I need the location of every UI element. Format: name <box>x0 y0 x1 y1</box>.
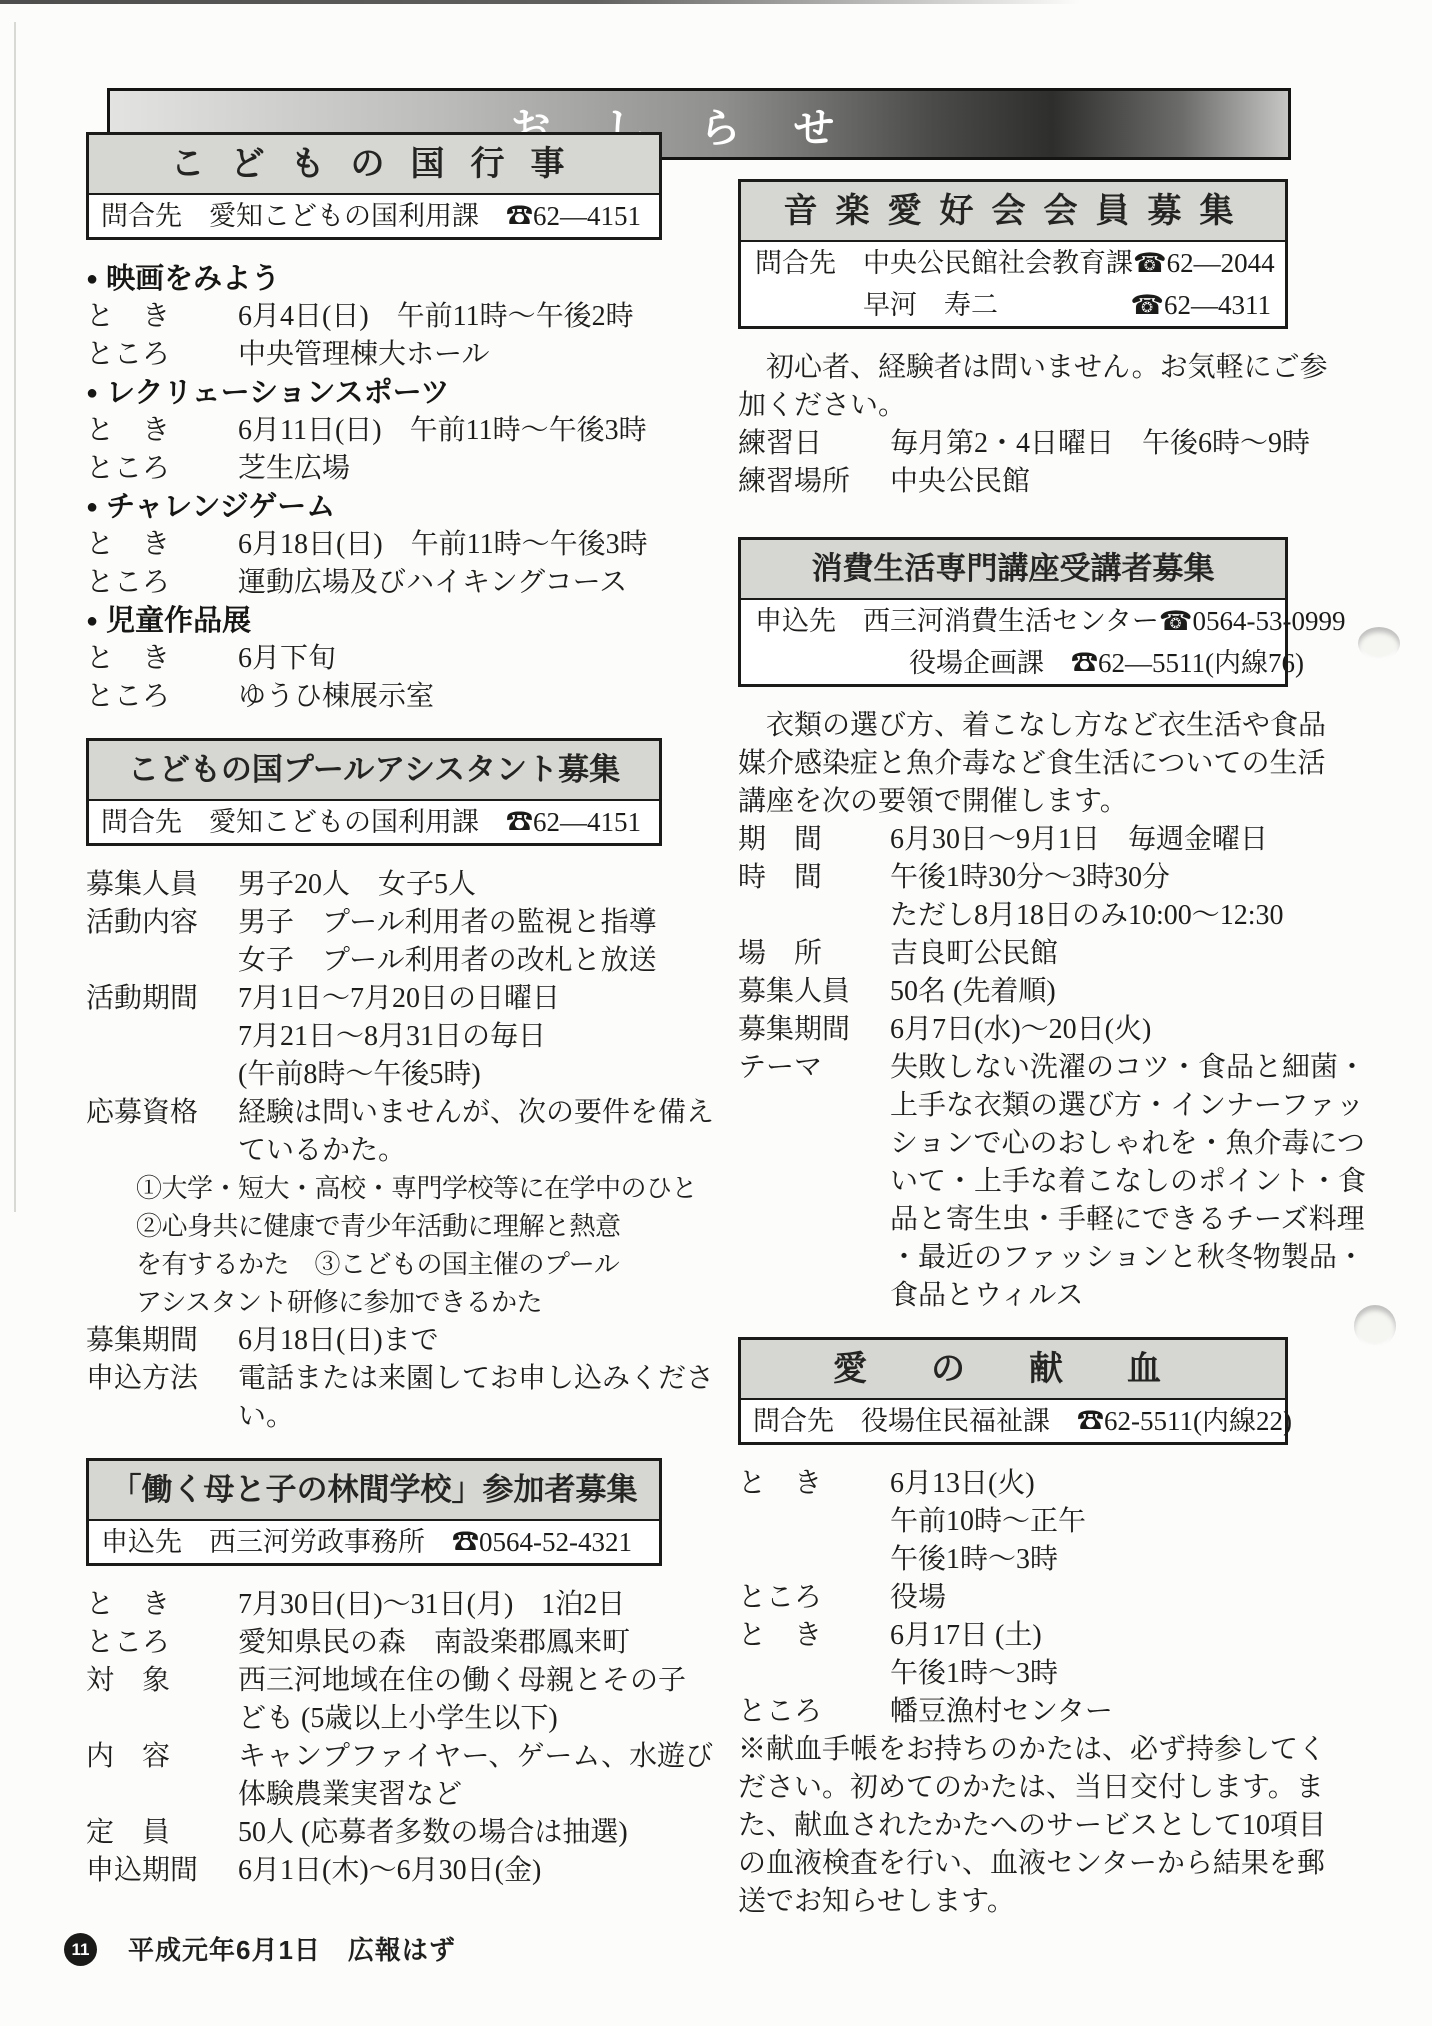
field-row: ところ運動広場及びハイキングコース <box>86 564 662 602</box>
field-value: 芝生広場 <box>238 453 350 484</box>
contact-text: 問合先 中央公民館社会教育課 <box>755 243 1133 283</box>
continuation-line: ただし8月18日のみ10:00～12:30 <box>738 897 1288 935</box>
paragraph-line: ださい。初めてのかたは、当日交付します。ま <box>738 1769 1288 1807</box>
notice-title-consumer-course: 消費生活専門講座受講者募集 <box>741 540 1285 600</box>
paragraph-line: 媒介感染症と魚介毒など食生活についての生活 <box>738 745 1288 783</box>
field-label: ところ <box>738 1579 890 1617</box>
field-row: 定 員50人 (応募者多数の場合は抽選) <box>86 1814 662 1852</box>
field-row: と き6月4日(日) 午前11時～午後2時 <box>86 298 662 336</box>
field-label: 募集人員 <box>86 866 238 904</box>
contact-text: 申込先 西三河消費生活センター <box>755 601 1159 641</box>
notice-contact: 問合先 役場住民福祉課 ☎62-5511(内線22) <box>741 1400 1285 1442</box>
field-row: と き6月17日 (土) <box>738 1617 1288 1655</box>
item-heading: ●児童作品展 <box>86 602 662 640</box>
field-label: 募集期間 <box>86 1322 238 1360</box>
field-label: 申込期間 <box>86 1852 238 1890</box>
scan-edge-left <box>14 22 16 1212</box>
requirement-line: ①大学・短大・高校・専門学校等に在学中のひと <box>86 1170 662 1208</box>
field-row: 対 象西三河地域在住の働く母親とその子 <box>86 1662 662 1700</box>
field-label: 活動期間 <box>86 980 238 1018</box>
continuation-line: 品と寄生虫・手軽にできるチーズ料理 <box>738 1201 1288 1239</box>
field-row: 募集人員男子20人 女子5人 <box>86 866 662 904</box>
notice-box-pool-assistant: こどもの国プールアシスタント募集 問合先 愛知こどもの国利用課 ☎62—4151 <box>86 738 662 846</box>
field-label: 募集期間 <box>738 1011 890 1049</box>
field-value: 午後1時30分～3時30分 <box>890 862 1170 893</box>
field-row: ところ幡豆漁村センター <box>738 1693 1288 1731</box>
notice-contact: 申込先 西三河消費生活センター☎0564-53-0999役場企画課 ☎62—55… <box>741 600 1285 684</box>
continuation-line: ションで心のおしゃれを・魚介毒につ <box>738 1125 1288 1163</box>
notice-title-music-club: 音楽愛好会会員募集 <box>741 182 1285 242</box>
field-row: テーマ失敗しない洗濯のコツ・食品と細菌・ <box>738 1049 1288 1087</box>
notice-title-blood-donation: 愛の献血 <box>741 1340 1285 1400</box>
field-label: ところ <box>86 678 238 716</box>
contact-line: 問合先 愛知こどもの国利用課 ☎62—4151 <box>89 801 659 843</box>
field-label: ところ <box>86 1624 238 1662</box>
continuation-line: ども (5歳以上小学生以下) <box>86 1700 662 1738</box>
right-column: 音楽愛好会会員募集 問合先 中央公民館社会教育課☎62—2044 早河 寿二☎6… <box>738 179 1288 1943</box>
continuation-line: ているかた。 <box>86 1132 662 1170</box>
field-label: 時 間 <box>738 859 890 897</box>
notice-title-forest-school: 「働く母と子の林間学校」参加者募集 <box>89 1461 659 1521</box>
page-number-badge: 11 <box>64 1933 97 1966</box>
heading-text: レクリェーションスポーツ <box>106 377 449 409</box>
continuation-line: 上手な衣類の選び方・インナーファッ <box>738 1087 1288 1125</box>
kodomo-events-list: ●映画をみようと き6月4日(日) 午前11時～午後2時ところ中央管理棟大ホール… <box>86 260 662 716</box>
field-row: 募集期間6月7日(水)～20日(火) <box>738 1011 1288 1049</box>
contact-line: 問合先 愛知こどもの国利用課 ☎62—4151 <box>89 195 659 237</box>
field-value: 電話または来園してお申し込みくださ <box>238 1363 714 1394</box>
field-row: 時 間午後1時30分～3時30分 <box>738 859 1288 897</box>
field-value: 中央管理棟大ホール <box>238 339 489 370</box>
field-value: 吉良町公民館 <box>890 938 1058 969</box>
field-row: ところ中央管理棟大ホール <box>86 336 662 374</box>
bullet-icon: ● <box>86 610 98 632</box>
continuation-line: 女子 プール利用者の改札と放送 <box>86 942 662 980</box>
field-value: 西三河地域在住の働く母親とその子 <box>238 1665 686 1696</box>
field-label: ところ <box>86 450 238 488</box>
forest-school-details: と き7月30日(日)～31日(月) 1泊2日ところ愛知県民の森 南設楽郡鳳来町… <box>86 1586 662 1890</box>
heading-text: チャレンジゲーム <box>106 491 335 523</box>
paragraph-line: ※献血手帳をお持ちのかたは、必ず持参してく <box>738 1731 1288 1769</box>
punch-hole-bottom <box>1354 1305 1396 1347</box>
field-row: と き6月13日(火) <box>738 1465 1288 1503</box>
music-club-details: 初心者、経験者は問いません。お気軽にご参加ください。練習日毎月第2・4日曜日 午… <box>738 349 1288 501</box>
field-value: 6月18日(日) 午前11時～午後3時 <box>238 529 648 560</box>
field-row: 申込期間6月1日(木)～6月30日(金) <box>86 1852 662 1890</box>
field-value: キャンプファイヤー、ゲーム、水遊び <box>238 1741 713 1772</box>
field-row: と き6月下旬 <box>86 640 662 678</box>
notice-title-pool-assistant: こどもの国プールアシスタント募集 <box>89 741 659 801</box>
field-value: 6月30日～9月1日 毎週金曜日 <box>890 824 1268 855</box>
field-value: 男子20人 女子5人 <box>238 869 476 900</box>
field-value: 中央公民館 <box>890 466 1030 497</box>
field-label: 練習場所 <box>738 463 890 501</box>
field-row: と き7月30日(日)～31日(月) 1泊2日 <box>86 1586 662 1624</box>
field-label: 応募資格 <box>86 1094 238 1132</box>
continuation-line: (午前8時～午後5時) <box>86 1056 662 1094</box>
field-label: 内 容 <box>86 1738 238 1776</box>
contact-phone: ☎62—4311 <box>1130 285 1271 325</box>
field-label: 対 象 <box>86 1662 238 1700</box>
field-label: 募集人員 <box>738 973 890 1011</box>
field-value: 6月17日 (土) <box>890 1620 1042 1651</box>
field-label: テーマ <box>738 1049 890 1087</box>
field-value: 役場 <box>890 1582 946 1613</box>
field-value: 6月1日(木)～6月30日(金) <box>238 1855 541 1886</box>
field-row: 募集人員50名 (先着順) <box>738 973 1288 1011</box>
continuation-line: ・最近のファッションと秋冬物製品・ <box>738 1239 1288 1277</box>
item-heading: ●チャレンジゲーム <box>86 488 662 526</box>
field-value: 6月11日(日) 午前11時～午後3時 <box>238 415 647 446</box>
notice-title-kodomo-events: こどもの国行事 <box>89 135 659 195</box>
field-value: 毎月第2・4日曜日 午後6時～9時 <box>890 428 1310 459</box>
field-label: 活動内容 <box>86 904 238 942</box>
field-label: 練習日 <box>738 425 890 463</box>
paragraph-line: た、献血されたかたへのサービスとして10項目 <box>738 1807 1288 1845</box>
field-value: 7月1日～7月20日の日曜日 <box>238 983 560 1014</box>
field-label: 場 所 <box>738 935 890 973</box>
field-value: 経験は問いませんが、次の要件を備え <box>238 1097 714 1128</box>
field-label: と き <box>86 640 238 678</box>
field-label: と き <box>86 526 238 564</box>
field-value: 運動広場及びハイキングコース <box>238 567 627 598</box>
bullet-icon: ● <box>86 382 98 404</box>
field-row: ところゆうひ棟展示室 <box>86 678 662 716</box>
field-row: 活動期間7月1日～7月20日の日曜日 <box>86 980 662 1018</box>
contact-phone: ☎62—2044 <box>1133 243 1275 283</box>
contact-line: 役場企画課 ☎62—5511(内線76) <box>741 642 1285 684</box>
field-value: 6月13日(火) <box>890 1468 1035 1499</box>
field-row: と き6月11日(日) 午前11時～午後3時 <box>86 412 662 450</box>
field-label: 期 間 <box>738 821 890 859</box>
field-row: 場 所吉良町公民館 <box>738 935 1288 973</box>
field-row: と き6月18日(日) 午前11時～午後3時 <box>86 526 662 564</box>
continuation-line: 食品とウィルス <box>738 1277 1288 1315</box>
continuation-line: い。 <box>86 1398 662 1436</box>
field-label: と き <box>86 298 238 336</box>
field-label: ところ <box>86 336 238 374</box>
field-row: 練習場所中央公民館 <box>738 463 1288 501</box>
field-value: 6月4日(日) 午前11時～午後2時 <box>238 301 634 332</box>
continuation-line: 午前10時～正午 <box>738 1503 1288 1541</box>
paragraph-line: 講座を次の要領で開催します。 <box>738 783 1288 821</box>
notice-box-blood-donation: 愛の献血 問合先 役場住民福祉課 ☎62-5511(内線22) <box>738 1337 1288 1445</box>
contact-line: 問合先 役場住民福祉課 ☎62-5511(内線22) <box>741 1400 1285 1442</box>
heading-text: 映画をみよう <box>106 263 280 295</box>
left-column: こどもの国行事 問合先 愛知こどもの国利用課 ☎62—4151 ●映画をみようと… <box>86 132 662 1912</box>
field-row: 応募資格経験は問いませんが、次の要件を備え <box>86 1094 662 1132</box>
contact-line: 問合先 中央公民館社会教育課☎62—2044 <box>741 242 1285 284</box>
requirement-line: アシスタント研修に参加できるかた <box>86 1284 662 1322</box>
field-row: 申込方法電話または来園してお申し込みくださ <box>86 1360 662 1398</box>
contact-line: 申込先 西三河消費生活センター☎0564-53-0999 <box>741 600 1285 642</box>
notice-box-forest-school: 「働く母と子の林間学校」参加者募集 申込先 西三河労政事務所 ☎0564-52-… <box>86 1458 662 1566</box>
continuation-line: 午後1時～3時 <box>738 1541 1288 1579</box>
issue-date-line: 平成元年6月1日 広報はず <box>128 1934 456 1966</box>
field-row: ところ芝生広場 <box>86 450 662 488</box>
field-label: 申込方法 <box>86 1360 238 1398</box>
field-value: 6月下旬 <box>238 643 336 674</box>
paragraph-line: 衣類の選び方、着こなし方など衣生活や食品 <box>738 707 1288 745</box>
field-row: 募集期間6月18日(日)まで <box>86 1322 662 1360</box>
paragraph-line: 送でお知らせします。 <box>738 1883 1288 1921</box>
field-label: ところ <box>86 564 238 602</box>
item-heading: ●映画をみよう <box>86 260 662 298</box>
paragraph-line: 初心者、経験者は問いません。お気軽にご参 <box>738 349 1288 387</box>
field-value: ゆうひ棟展示室 <box>238 681 434 712</box>
contact-line: 早河 寿二☎62—4311 <box>741 284 1285 326</box>
bullet-icon: ● <box>86 496 98 518</box>
bullet-icon: ● <box>86 268 98 290</box>
field-label: と き <box>86 412 238 450</box>
field-value: 50人 (応募者多数の場合は抽選) <box>238 1817 628 1848</box>
notice-box-consumer-course: 消費生活専門講座受講者募集 申込先 西三河消費生活センター☎0564-53-09… <box>738 537 1288 687</box>
heading-text: 児童作品展 <box>106 605 251 637</box>
consumer-course-details: 衣類の選び方、着こなし方など衣生活や食品媒介感染症と魚介毒など食生活についての生… <box>738 707 1288 1315</box>
field-label: と き <box>738 1617 890 1655</box>
pool-assistant-details: 募集人員男子20人 女子5人活動内容男子 プール利用者の監視と指導女子 プール利… <box>86 866 662 1436</box>
newsletter-page: { "banner": { "title": "おしらせ" }, "footer… <box>0 0 1432 2026</box>
notice-contact: 問合先 愛知こどもの国利用課 ☎62—4151 <box>89 801 659 843</box>
requirement-line: ②心身共に健康で青少年活動に理解と熱意 <box>86 1208 662 1246</box>
requirement-line: を有するかた ③こどもの国主催のプール <box>86 1246 662 1284</box>
contact-phone: ☎0564-53-0999 <box>1159 601 1346 641</box>
continuation-line: 午後1時～3時 <box>738 1655 1288 1693</box>
field-value: 男子 プール利用者の監視と指導 <box>238 907 657 938</box>
field-value: 6月18日(日)まで <box>238 1325 439 1356</box>
paragraph-line: の血液検査を行い、血液センターから結果を郵 <box>738 1845 1288 1883</box>
field-value: 6月7日(水)～20日(火) <box>890 1014 1151 1045</box>
continuation-line: 7月21日～8月31日の毎日 <box>86 1018 662 1056</box>
notice-contact: 問合先 中央公民館社会教育課☎62—2044 早河 寿二☎62—4311 <box>741 242 1285 326</box>
contact-line: 申込先 西三河労政事務所 ☎0564-52-4321 <box>89 1521 659 1563</box>
field-label: ところ <box>738 1693 890 1731</box>
field-value: 愛知県民の森 南設楽郡鳳来町 <box>238 1627 630 1658</box>
field-value: 失敗しない洗濯のコツ・食品と細菌・ <box>890 1052 1366 1083</box>
field-row: 練習日毎月第2・4日曜日 午後6時～9時 <box>738 425 1288 463</box>
paragraph-line: 加ください。 <box>738 387 1288 425</box>
continuation-line: 体験農業実習など <box>86 1776 662 1814</box>
field-row: 期 間6月30日～9月1日 毎週金曜日 <box>738 821 1288 859</box>
notice-contact: 申込先 西三河労政事務所 ☎0564-52-4321 <box>89 1521 659 1563</box>
item-heading: ●レクリェーションスポーツ <box>86 374 662 412</box>
field-value: 幡豆漁村センター <box>890 1696 1113 1727</box>
continuation-line: いて・上手な着こなしのポイント・食 <box>738 1163 1288 1201</box>
field-value: 50名 (先着順) <box>890 976 1056 1007</box>
notice-contact: 問合先 愛知こどもの国利用課 ☎62—4151 <box>89 195 659 237</box>
field-label: と き <box>738 1465 890 1503</box>
field-label: と き <box>86 1586 238 1624</box>
field-row: 活動内容男子 プール利用者の監視と指導 <box>86 904 662 942</box>
field-label: 定 員 <box>86 1814 238 1852</box>
field-row: 内 容キャンプファイヤー、ゲーム、水遊び <box>86 1738 662 1776</box>
contact-text: 早河 寿二 <box>755 285 998 325</box>
notice-box-kodomo-events: こどもの国行事 問合先 愛知こどもの国利用課 ☎62—4151 <box>86 132 662 240</box>
field-row: ところ愛知県民の森 南設楽郡鳳来町 <box>86 1624 662 1662</box>
notice-box-music-club: 音楽愛好会会員募集 問合先 中央公民館社会教育課☎62—2044 早河 寿二☎6… <box>738 179 1288 329</box>
blood-donation-details: と き6月13日(火)午前10時～正午午後1時～3時ところ役場と き6月17日 … <box>738 1465 1288 1921</box>
scan-edge-top <box>0 0 1080 4</box>
field-row: ところ役場 <box>738 1579 1288 1617</box>
field-value: 7月30日(日)～31日(月) 1泊2日 <box>238 1589 625 1620</box>
punch-hole-top <box>1358 627 1400 660</box>
